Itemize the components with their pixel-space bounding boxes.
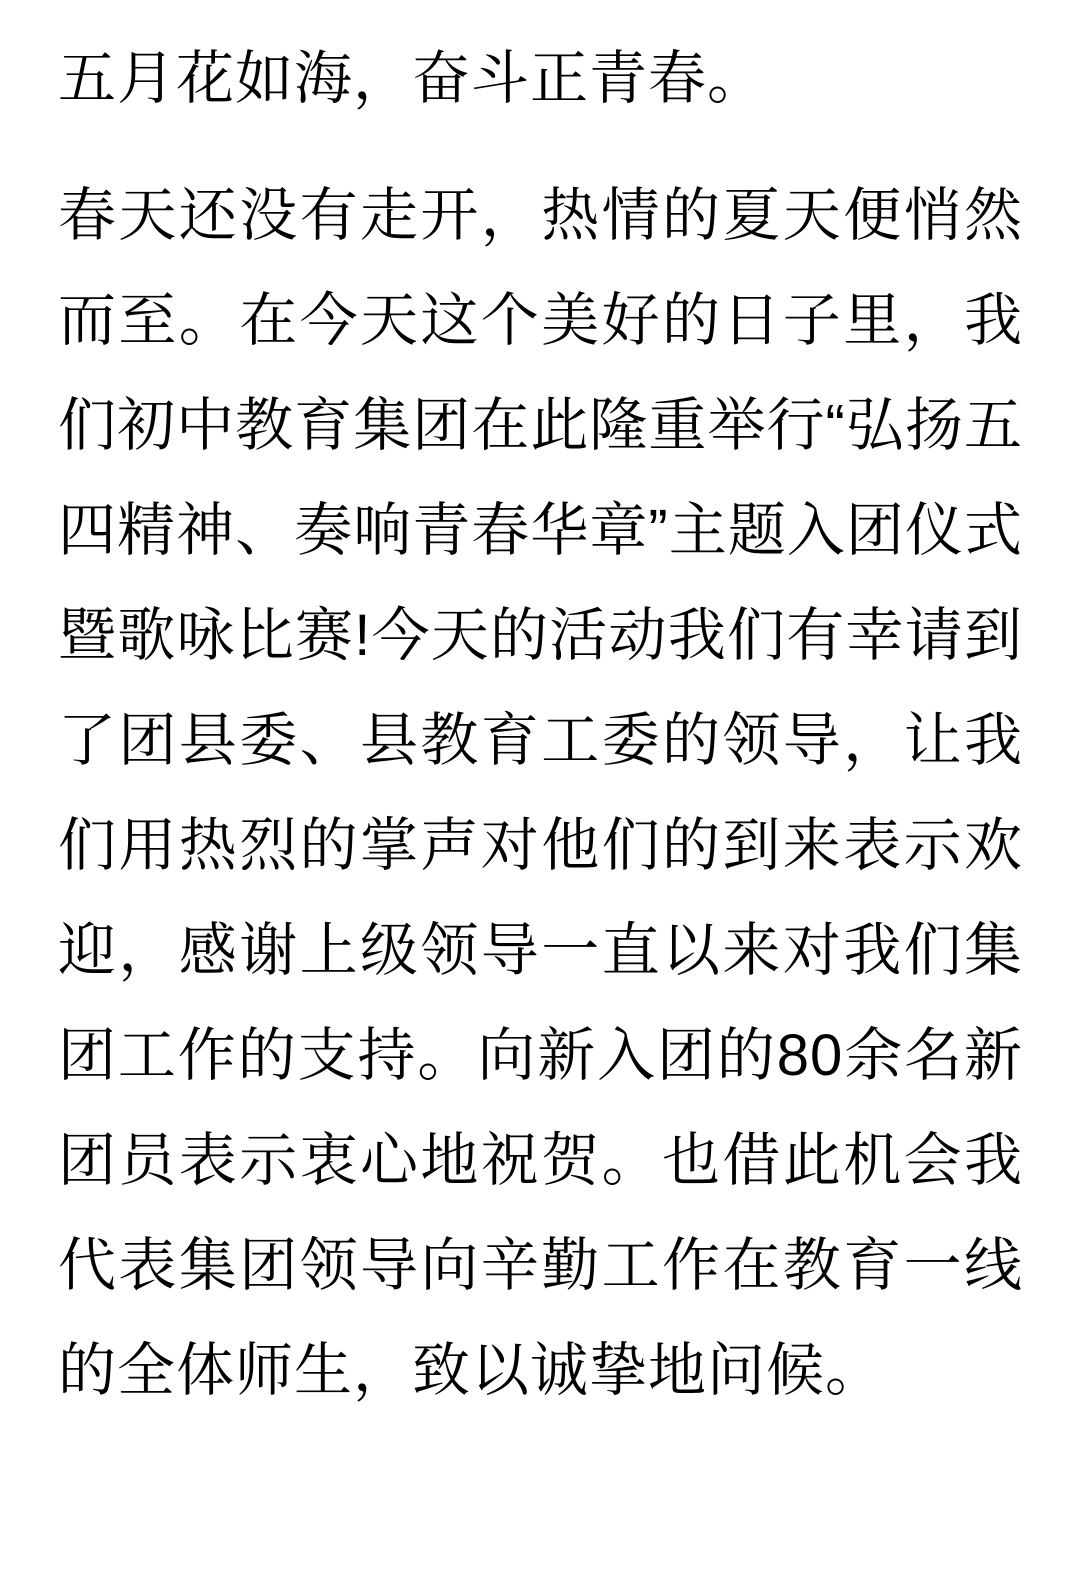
paragraph-speech-body: 春天还没有走开，热情的夏天便悄然而至。在今天这个美好的日子里，我们初中教育集团在…	[58, 163, 1023, 1423]
article-page: 五月花如海，奋斗正青春。 春天还没有走开，热情的夏天便悄然而至。在今天这个美好的…	[0, 0, 1080, 1578]
paragraph-opening-line: 五月花如海，奋斗正青春。	[58, 26, 1023, 131]
